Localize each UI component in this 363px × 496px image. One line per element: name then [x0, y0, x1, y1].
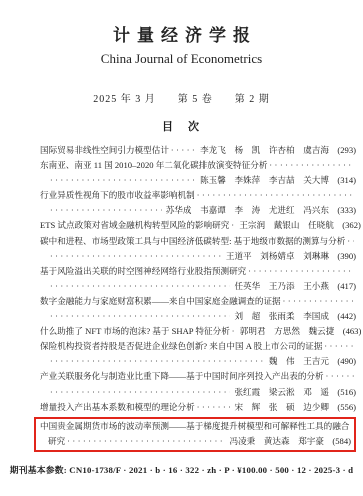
- entry-page: (333): [329, 203, 356, 218]
- entry-page: (490): [329, 354, 356, 369]
- entry-authors: 刘 超 张雨柔 李国成: [234, 309, 329, 324]
- leader-dots: [197, 400, 231, 415]
- entry-authors: 冯凌秉 黄达森 郑宇豪: [229, 434, 324, 449]
- journal-subtitle: China Journal of Econometrics: [0, 51, 363, 67]
- leader-dots: [283, 294, 354, 309]
- leader-dots: [197, 188, 354, 203]
- journal-toc-page: 计量经济学报 China Journal of Econometrics 202…: [0, 0, 363, 496]
- entry-authors: 王宗润 戴银山 任晓航: [239, 218, 334, 233]
- entry-authors: 王道平 刘杨婧卓 刘琳琳: [226, 249, 329, 264]
- entry-page: (556): [329, 400, 356, 415]
- toc-entry: ETS 试点政策对省域金融机构转型风险的影响研究 王宗润 戴银山 任晓航 (36…: [40, 218, 356, 233]
- leader-dots: [67, 434, 225, 449]
- toc-entry: 中国贵金属期货市场的波动率预测——基于梯度提升树模型和可解释性工具的融合: [40, 419, 351, 434]
- toc-entry: 国际贸易非线性空间引力模型估计 李龙飞 杨 凯 许杏柏 虞吉海 (293): [40, 143, 356, 158]
- leader-dots: [326, 369, 354, 384]
- leader-dots: [50, 203, 162, 218]
- leader-dots: [232, 324, 236, 339]
- parameters-value: CN10-1738/F · 2021 · b · 16 · 322 · zh ·…: [67, 465, 353, 475]
- entry-page: (442): [329, 309, 356, 324]
- toc-entry: 行业异质性视角下的股市收益率影响机制: [40, 188, 356, 203]
- leader-dots: [248, 264, 354, 279]
- entry-page: (362): [334, 218, 361, 233]
- leader-dots: [171, 143, 196, 158]
- entry-authors: 任英华 王乃添 王小燕: [234, 279, 329, 294]
- entry-title: 产业关联服务化与制造业比重下降——基于中国时间序列投入产出表的分析: [40, 369, 324, 384]
- journal-title: 计量经济学报: [0, 21, 363, 46]
- issue-line: 2025 年 3 月 第 5 卷 第 2 期: [0, 90, 363, 105]
- toc-entry: 产业关联服务化与制造业比重下降——基于中国时间序列投入产出表的分析: [40, 369, 356, 384]
- entry-page: (390): [329, 249, 356, 264]
- toc-entry: 增量投入产出基本系数和模型的理论分析 宋 辉 张 硕 边少卿 (556): [40, 400, 356, 415]
- toc-entry-continuation: 陈玉馨 李姝萍 李吉喆 关大博 (314): [40, 173, 356, 188]
- toc-entry-continuation: 研究 冯凌秉 黄达森 郑宇豪 (584): [40, 434, 351, 449]
- toc-entry: 数字金融能力与家庭财富积累——来自中国家庭金融调查的证据: [40, 294, 356, 309]
- toc-entry-continuation: 苏华成 韦嘉谭 李 涛 尤进红 冯兴东 (333): [40, 203, 356, 218]
- toc-entry: 碳中和进程、市场型政策工具与中国经济低碳转型: 基于地级市数据的测算与分析: [40, 234, 356, 249]
- entry-authors: 张红霞 梁云淞 邓 遥: [234, 385, 329, 400]
- entry-page: (314): [329, 173, 356, 188]
- leader-dots: [347, 234, 354, 249]
- entry-authors: 陈玉馨 李姝萍 李吉喆 关大博: [200, 173, 329, 188]
- leader-dots: [50, 354, 265, 369]
- entry-title: 增量投入产出基本系数和模型的理论分析: [40, 400, 195, 415]
- entry-page: (463): [334, 324, 361, 339]
- entry-title: 碳中和进程、市场型政策工具与中国经济低碳转型: 基于地级市数据的测算与分析: [40, 234, 345, 249]
- highlighted-entry-box: 中国贵金属期货市场的波动率预测——基于梯度提升树模型和可解释性工具的融合 研究 …: [34, 417, 356, 452]
- parameters-label: 期刊基本参数:: [10, 465, 67, 475]
- entry-title: 保险机构投资者持股是否促进企业绿色创新? 来自中国 A 股上市公司的证据: [40, 339, 322, 354]
- entry-page: (584): [324, 434, 351, 449]
- leader-dots: [324, 339, 354, 354]
- entry-authors: 郭明君 方思然 魏云捷: [240, 324, 335, 339]
- entry-page: (516): [329, 385, 356, 400]
- entry-page: (417): [329, 279, 356, 294]
- entry-title: 什么助推了 NFT 市场的泡沫? 基于 SHAP 特征分析: [40, 324, 230, 339]
- leader-dots: [50, 249, 222, 264]
- leader-dots: [50, 173, 196, 188]
- toc-entry-continuation: 刘 超 张雨柔 李国成 (442): [40, 309, 356, 324]
- entry-authors: 宋 辉 张 硕 边少卿: [234, 400, 329, 415]
- leader-dots: [50, 309, 230, 324]
- entry-authors: 魏 伟 王吉元: [269, 354, 329, 369]
- entry-title: 数字金融能力与家庭财富积累——来自中国家庭金融调查的证据: [40, 294, 281, 309]
- entry-authors: 李龙飞 杨 凯 许杏柏 虞吉海: [200, 143, 329, 158]
- leader-dots: [50, 385, 230, 400]
- entry-title: 基于风险溢出关联的时空图神经网络行业股指预测研究: [40, 264, 246, 279]
- journal-parameters-line: 期刊基本参数: CN10-1738/F · 2021 · b · 16 · 32…: [0, 463, 363, 476]
- leader-dots: [231, 218, 235, 233]
- leader-dots: [50, 279, 230, 294]
- entry-title: 中国贵金属期货市场的波动率预测——基于梯度提升树模型和可解释性工具的融合: [40, 419, 349, 434]
- toc-entry-continuation: 魏 伟 王吉元 (490): [40, 354, 356, 369]
- entry-title: 东南亚、南亚 11 国 2010–2020 年二氧化碳排放演变特征分析: [40, 158, 267, 173]
- toc-entry: 什么助推了 NFT 市场的泡沫? 基于 SHAP 特征分析 郭明君 方思然 魏云…: [40, 324, 356, 339]
- entry-title: 国际贸易非线性空间引力模型估计: [40, 143, 169, 158]
- entry-title: 行业异质性视角下的股市收益率影响机制: [40, 188, 195, 203]
- entry-title: ETS 试点政策对省域金融机构转型风险的影响研究: [40, 218, 229, 233]
- toc-entry: 东南亚、南亚 11 国 2010–2020 年二氧化碳排放演变特征分析: [40, 158, 356, 173]
- toc-entry-continuation: 任英华 王乃添 王小燕 (417): [40, 279, 356, 294]
- toc-entry: 保险机构投资者持股是否促进企业绿色创新? 来自中国 A 股上市公司的证据: [40, 339, 356, 354]
- toc-list: 国际贸易非线性空间引力模型估计 李龙飞 杨 凯 许杏柏 虞吉海 (293) 东南…: [40, 143, 356, 452]
- toc-entry-continuation: 王道平 刘杨婧卓 刘琳琳 (390): [40, 249, 356, 264]
- toc-entry: 基于风险溢出关联的时空图神经网络行业股指预测研究: [40, 264, 356, 279]
- entry-authors: 苏华成 韦嘉谭 李 涛 尤进红 冯兴东: [166, 203, 329, 218]
- toc-entry-continuation: 张红霞 梁云淞 邓 遥 (516): [40, 385, 356, 400]
- leader-dots: [269, 158, 354, 173]
- entry-title-continued: 研究: [48, 434, 65, 449]
- toc-heading: 目 次: [0, 118, 363, 134]
- entry-page: (293): [329, 143, 356, 158]
